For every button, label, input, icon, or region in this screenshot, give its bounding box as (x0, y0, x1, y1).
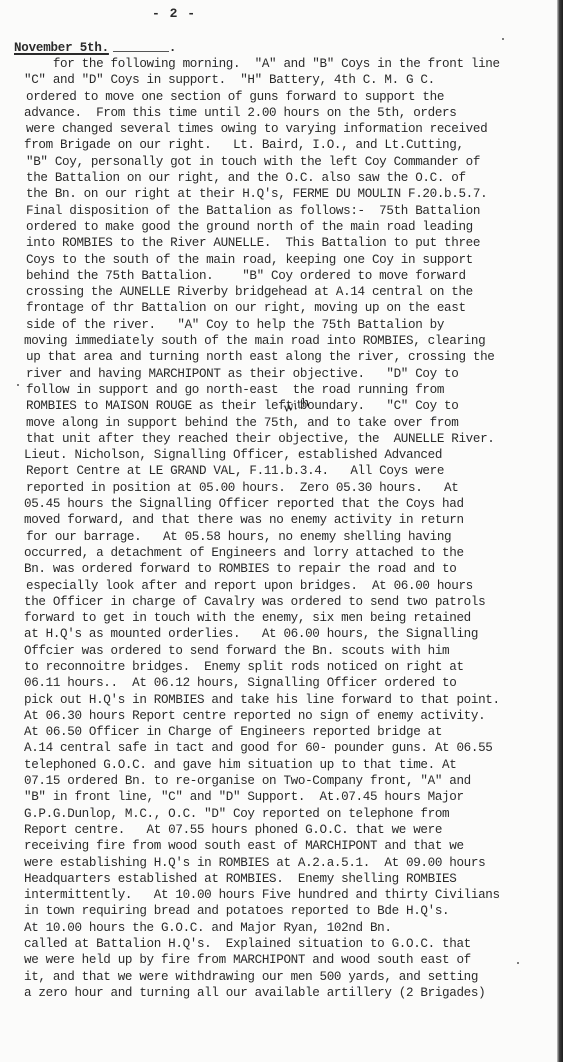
text-line: for the following morning. "A" and "B" C… (24, 56, 563, 72)
text-line: "B" in front line, "C" and "D" Support. … (24, 789, 563, 805)
text-line: that unit after they reached their objec… (24, 431, 563, 447)
scan-speck (517, 962, 519, 964)
text-line: reported in position at 05.00 hours. Zer… (24, 480, 563, 496)
diary-body-text: for the following morning. "A" and "B" C… (24, 56, 563, 1001)
text-line: the Battalion on our right, and the O.C.… (24, 170, 563, 186)
text-line: called at Battalion H.Q's. Explained sit… (24, 936, 563, 952)
text-line: receiving fire from wood south east of M… (24, 838, 563, 854)
text-line: were establishing H.Q's in ROMBIES at A.… (24, 855, 563, 871)
text-line: "B" Coy, personally got in touch with th… (24, 154, 563, 170)
text-line: A.14 central safe in tact and good for 6… (24, 740, 563, 756)
scan-edge-shadow (557, 0, 563, 1062)
text-line: Offcier was ordered to send forward the … (24, 643, 563, 659)
text-line: "C" and "D" Coys in support. "H" Battery… (24, 72, 563, 88)
text-line: forward to get in touch with the enemy, … (24, 610, 563, 626)
text-line: occurred, a detachment of Engineers and … (24, 545, 563, 561)
text-line: crossing the AUNELLE Riverby bridgehead … (24, 284, 563, 300)
text-line: the Bn. on our right at their H.Q's, FER… (24, 186, 563, 202)
text-line: moved forward, and that there was no ene… (24, 512, 563, 528)
text-line: frontage of thr Battalion on our right, … (24, 300, 563, 316)
text-line: intermittently. At 10.00 hours Five hund… (24, 887, 563, 903)
text-line: up that area and turning north east alon… (24, 349, 563, 365)
text-line: for our barrage. At 05.58 hours, no enem… (24, 529, 563, 545)
scan-speck (502, 38, 504, 40)
text-line: side of the river. "A" Coy to help the 7… (24, 317, 563, 333)
text-line: we were held up by fire from MARCHIPONT … (24, 952, 563, 968)
text-line: in town requiring bread and potatoes rep… (24, 903, 563, 919)
text-line: Report Centre at LE GRAND VAL, F.11.b.3.… (24, 463, 563, 479)
heading-trailing-mark: . (169, 41, 176, 55)
text-line: 06.11 hours.. At 06.12 hours, Signalling… (24, 675, 563, 691)
text-line: from Brigade on our right. Lt. Baird, I.… (24, 137, 563, 153)
entry-date: November 5th. (14, 41, 109, 55)
text-line: Headquarters established at ROMBIES. Ene… (24, 871, 563, 887)
text-line: At 06.50 Officer in Charge of Engineers … (24, 724, 563, 740)
text-line: 07.15 ordered Bn. to re-organise on Two-… (24, 773, 563, 789)
text-line: into ROMBIES to the River AUNELLE. This … (24, 235, 563, 251)
text-line: Final disposition of the Battalion as fo… (24, 203, 563, 219)
text-line: were changed several times owing to vary… (24, 121, 563, 137)
text-line: a zero hour and turning all our availabl… (24, 985, 563, 1001)
text-line: advance. From this time until 2.00 hours… (24, 105, 563, 121)
blank-underline (113, 51, 169, 52)
text-line: Report centre. At 07.55 hours phoned G.O… (24, 822, 563, 838)
text-line: the Officer in charge of Cavalry was ord… (24, 594, 563, 610)
diary-date-heading: November 5th.. (14, 41, 176, 55)
text-line: it, and that we were withdrawing our men… (24, 969, 563, 985)
text-line: move along in support behind the 75th, a… (24, 415, 563, 431)
text-line: At 10.00 hours the G.O.C. and Major Ryan… (24, 920, 563, 936)
scan-speck (17, 384, 19, 386)
text-line: At 06.30 hours Report centre reported no… (24, 708, 563, 724)
text-line: Lieut. Nicholson, Signalling Officer, es… (24, 447, 563, 463)
text-line: follow in support and go north-east the … (24, 382, 563, 398)
text-line: river and having MARCHIPONT as their obj… (24, 366, 563, 382)
page-number: - 2 - (152, 6, 196, 21)
text-line: pick out H.Q's in ROMBIES and take his l… (24, 692, 563, 708)
text-line: Bn. was ordered forward to ROMBIES to re… (24, 561, 563, 577)
text-line: to reconnoitre bridges. Enemy split rods… (24, 659, 563, 675)
text-line: ordered to make good the ground north of… (24, 219, 563, 235)
text-line: 05.45 hours the Signalling Officer repor… (24, 496, 563, 512)
text-line: behind the 75th Battalion. "B" Coy order… (24, 268, 563, 284)
text-line: moving immediately south of the main roa… (24, 333, 563, 349)
text-line: especially look after and report upon br… (24, 578, 563, 594)
text-line: G.P.G.Dunlop, M.C., O.C. "D" Coy reporte… (24, 806, 563, 822)
text-line: ordered to move one section of guns forw… (24, 89, 563, 105)
text-line: at H.Q's as mounted orderlies. At 06.00 … (24, 626, 563, 642)
text-line: telephoned G.O.C. and gave him situation… (24, 757, 563, 773)
text-line: Coys to the south of the main road, keep… (24, 252, 563, 268)
document-page: - 2 - November 5th.. for the following m… (0, 0, 557, 1062)
